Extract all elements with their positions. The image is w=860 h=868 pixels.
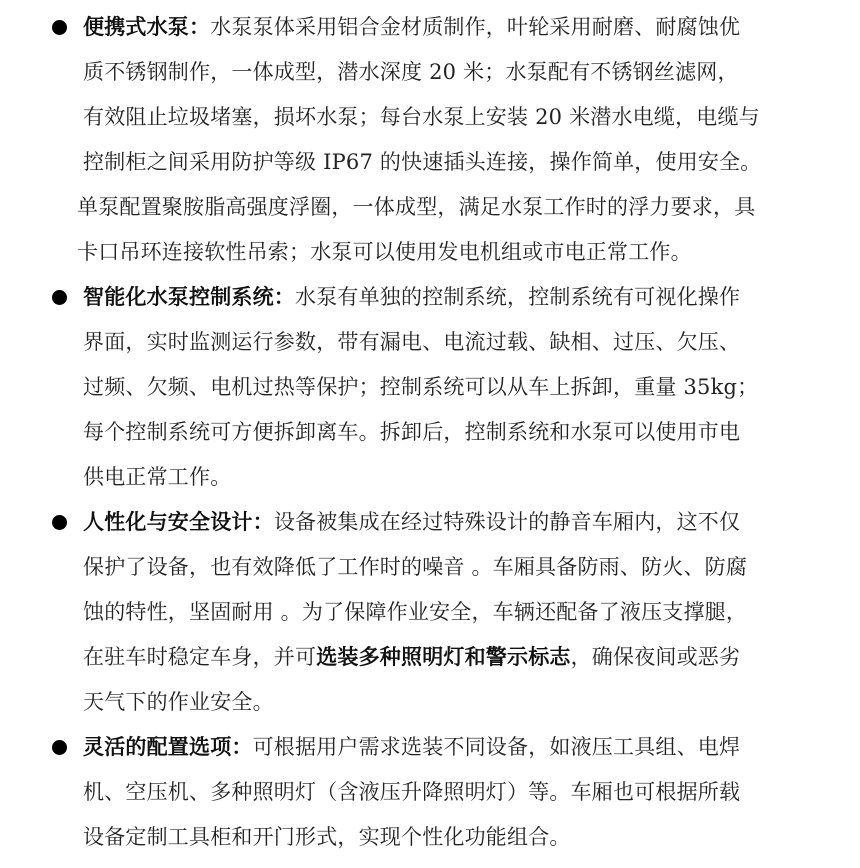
text: 水泵有单独的控制系统，控制系统有可视化操作 — [295, 285, 740, 309]
text-line: 人性化与安全设计：设备被集成在经过特殊设计的静音车厢内，这不仅 — [83, 500, 740, 545]
text-line: 在驻车时稳定车身，并可选装多种照明灯和警示标志，确保夜间或恶劣 — [83, 635, 740, 680]
text-line: 界面，实时监测运行参数，带有漏电、电流过载、缺相、过压、欠压、 — [83, 320, 740, 365]
text-line: 蚀的特性，坚固耐用 。为了保障作业安全，车辆还配备了液压支撑腿， — [83, 590, 747, 635]
text-line: 天气下的作业安全。 — [83, 680, 274, 725]
text-line: 机、空压机、多种照明灯（含液压升降照明灯）等。车厢也可根据所载 — [83, 770, 740, 815]
text: 可根据用户需求选装不同设备，如液压工具组、电焊 — [253, 735, 741, 759]
text: 设备被集成在经过特殊设计的静音车厢内，这不仅 — [274, 510, 740, 534]
text-line: 卡口吊环连接软性吊索；水泵可以使用发电机组或市电正常工作。 — [77, 230, 692, 275]
item-title: 便携式水泵： — [83, 15, 210, 39]
item-title: 智能化水泵控制系统： — [83, 285, 295, 309]
item-title: 灵活的配置选项： — [83, 735, 253, 759]
bullet-icon — [52, 740, 67, 755]
text-line: 质不锈钢制作，一体成型，潜水深度 20 米；水泵配有不锈钢丝滤网， — [83, 50, 739, 95]
text: 在驻车时稳定车身，并可 — [83, 645, 316, 669]
bullet-icon — [52, 20, 67, 35]
item-title: 人性化与安全设计： — [83, 510, 274, 534]
bullet-icon — [52, 515, 67, 530]
text-line: 单泵配置聚胺脂高强度浮圈，一体成型，满足水泵工作时的浮力要求，具 — [77, 185, 755, 230]
bold-inline: 选装多种照明灯和警示标志 — [316, 645, 570, 669]
text-line: 灵活的配置选项：可根据用户需求选装不同设备，如液压工具组、电焊 — [83, 725, 740, 770]
text-line: 设备定制工具柜和开门形式，实现个性化功能组合。 — [83, 815, 571, 860]
bullet-icon — [52, 290, 67, 305]
text-line: 有效阻止垃圾堵塞，损坏水泵；每台水泵上安装 20 米潜水电缆，电缆与 — [83, 95, 760, 140]
text-line: 控制柜之间采用防护等级 IP67 的快速插头连接，操作简单，使用安全。 — [83, 140, 762, 185]
text: 水泵泵体采用铝合金材质制作，叶轮采用耐磨、耐腐蚀优 — [210, 15, 740, 39]
text-line: 保护了设备，也有效降低了工作时的噪音 。车厢具备防雨、防火、防腐 — [83, 545, 747, 590]
text-line: 过频、欠频、电机过热等保护；控制系统可以从车上拆卸，重量 35kg； — [83, 365, 758, 410]
text-line: 供电正常工作。 — [83, 455, 231, 500]
text-line: 每个控制系统可方便拆卸离车。拆卸后，控制系统和水泵可以使用市电 — [83, 410, 740, 455]
text: ，确保夜间或恶劣 — [571, 645, 741, 669]
text-line: 智能化水泵控制系统：水泵有单独的控制系统，控制系统有可视化操作 — [83, 275, 740, 320]
text-line: 便携式水泵：水泵泵体采用铝合金材质制作，叶轮采用耐磨、耐腐蚀优 — [83, 5, 740, 50]
